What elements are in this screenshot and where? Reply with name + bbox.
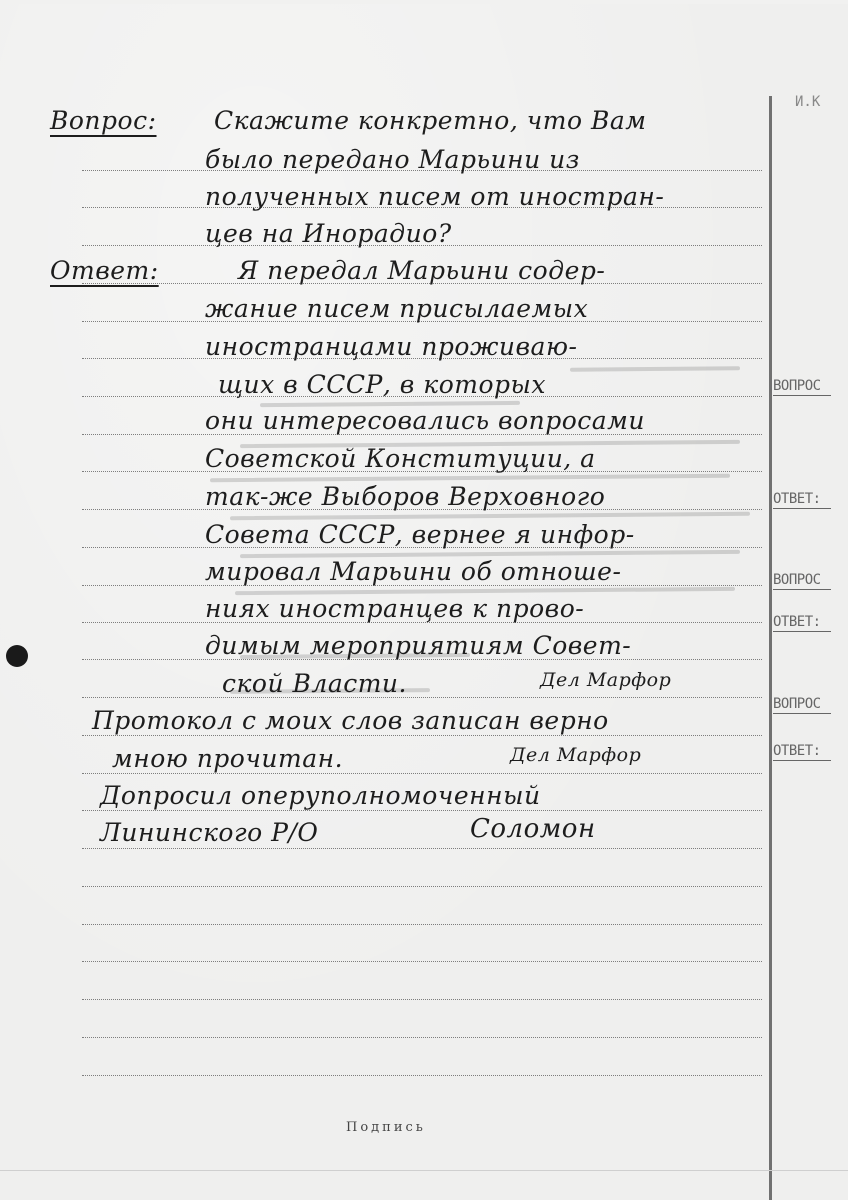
- ruled-line: [82, 735, 762, 736]
- answer-line: они интересовались вопросами: [205, 408, 645, 433]
- pencil-mark: [570, 366, 740, 371]
- interrogator-line: Допросил оперуполномоченный: [100, 783, 541, 808]
- pencil-mark: [210, 474, 730, 483]
- margin-label-answer: ОТВЕТ:: [773, 491, 831, 509]
- answer-line: щих в СССР, в которых: [218, 372, 546, 397]
- margin-label-question: ВОПРОС: [773, 378, 831, 396]
- interrogator-signature: Соломон: [470, 816, 596, 842]
- answer-line: мировал Марьини об отноше-: [205, 559, 621, 584]
- ruled-line: [82, 924, 762, 925]
- signature-footer-label: Подпись: [346, 1120, 426, 1135]
- answer-line: жание писем присылаемых: [205, 296, 588, 321]
- answer-line: димым мероприятиям Совет-: [205, 633, 631, 658]
- margin-rule: [769, 96, 772, 1200]
- answer-label: Ответ:: [50, 258, 159, 283]
- closing-line: мною прочитан.: [112, 746, 343, 771]
- answer-line: так-же Выборов Верховного: [205, 484, 605, 509]
- answer-line: Совета СССР, вернее я инфор-: [205, 522, 635, 547]
- ruled-line: [82, 1075, 762, 1076]
- closing-line: Протокол с моих слов записан верно: [92, 708, 609, 733]
- corner-mark: И.К: [795, 94, 820, 110]
- ruled-line: [82, 886, 762, 887]
- ruled-line: [82, 999, 762, 1000]
- answer-line: ской Власти.: [222, 671, 407, 696]
- margin-label-question: ВОПРОС: [773, 696, 831, 714]
- margin-label-question: ВОПРОС: [773, 572, 831, 590]
- answer-line: иностранцами проживаю-: [205, 334, 577, 359]
- question-label: Вопрос:: [50, 108, 157, 133]
- pencil-mark: [230, 512, 750, 521]
- faint-stamp: [93, 1130, 104, 1159]
- ruled-line: [82, 697, 762, 698]
- answer-line: ниях иностранцев к прово-: [205, 596, 584, 621]
- question-line: цев на Инорадио?: [205, 221, 452, 246]
- ruled-line: [82, 810, 762, 811]
- punch-hole: [6, 645, 28, 667]
- answer-line: Я передал Марьини содер-: [238, 258, 605, 283]
- ruled-line: [82, 773, 762, 774]
- ruled-line: [82, 961, 762, 962]
- ruled-line: [82, 848, 762, 849]
- document-page: И.К ВОПРОС ОТВЕТ: ВОПРОС ОТВЕТ: ВОПРОС О…: [0, 4, 848, 1200]
- answer-signature: Дел Марфор: [540, 671, 671, 690]
- answer-line: Советской Конституции, а: [205, 446, 596, 471]
- question-line: было передано Марьини из: [205, 147, 580, 172]
- page-edge: [0, 1170, 848, 1171]
- question-line: Скажите конкретно, что Вам: [214, 108, 646, 133]
- question-line: полученных писем от иностран-: [205, 184, 664, 209]
- margin-label-answer: ОТВЕТ:: [773, 743, 831, 761]
- margin-label-answer: ОТВЕТ:: [773, 614, 831, 632]
- ruled-line: [82, 1037, 762, 1038]
- closing-signature: Дел Марфор: [510, 746, 641, 765]
- interrogator-line: Лининского Р/О: [100, 820, 318, 845]
